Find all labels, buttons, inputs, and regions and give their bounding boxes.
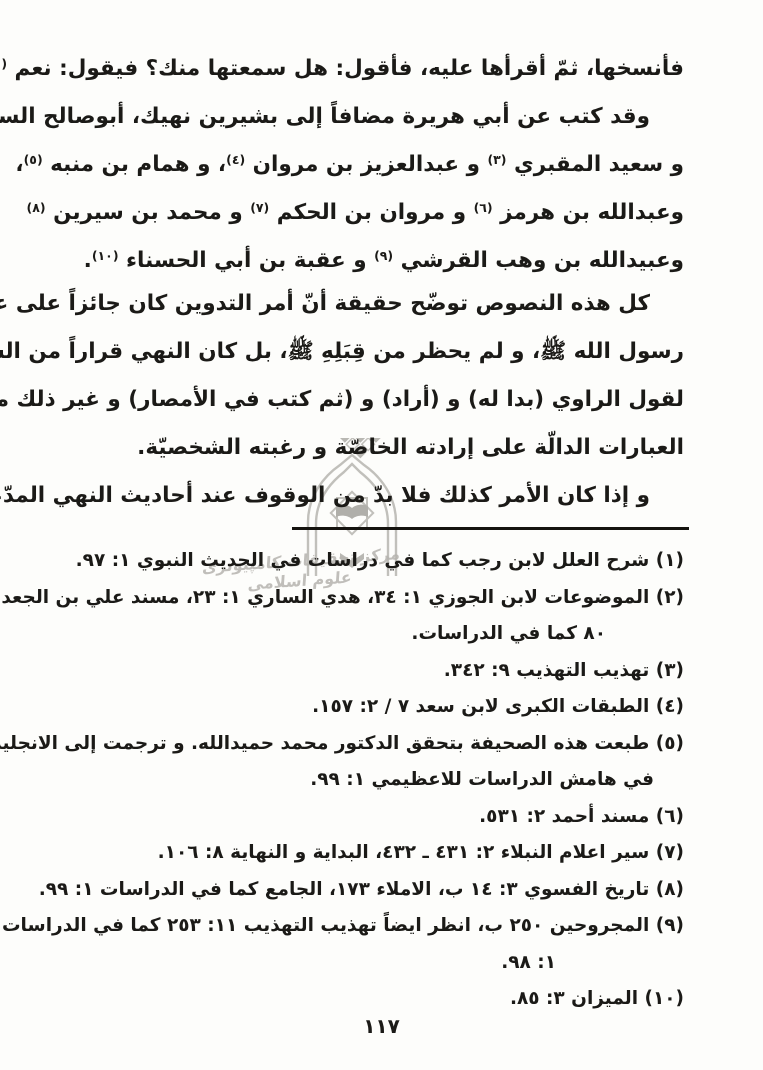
footnote-line: ١: ٩٨. bbox=[79, 945, 684, 982]
footnote-line: (٣) تهذيب التهذيب ٩: ٣٤٢. bbox=[79, 653, 684, 690]
body-line: فأنسخها، ثمّ أقرأها عليه، فأقول: هل سمعت… bbox=[79, 40, 684, 88]
body-line: و إذا كان الأمر كذلك فلا بدّ من الوقوف ع… bbox=[79, 472, 684, 520]
body-line: كل هذه النصوص توضّح حقيقة أنّ أمر التدوي… bbox=[79, 280, 684, 328]
body-line: لقول الراوي (بدا له) و (أراد) و (ثم كتب … bbox=[79, 376, 684, 424]
page-number: ١١٧ bbox=[0, 1014, 763, 1038]
footnote-line: (٢) الموضوعات لابن الجوزي ١: ٣٤، هدي الس… bbox=[79, 580, 684, 617]
book-page: مرکز تحقیقات کامپیوتری علوم اسلامی فأنسخ… bbox=[0, 0, 763, 1070]
footnote-marker: (٦) bbox=[474, 200, 493, 215]
footnote-line: (٤) الطبقات الكبرى لابن سعد ٧ / ٢: ١٥٧. bbox=[79, 689, 684, 726]
footnote-marker: (١٠) bbox=[92, 248, 119, 263]
footnote-line: في هامش الدراسات للاعظيمي ١: ٩٩. bbox=[79, 762, 684, 799]
footnote-line: (٦) مسند أحمد ٢: ٥٣١. bbox=[79, 799, 684, 836]
footnote-marker: (٨) bbox=[27, 200, 46, 215]
body-line: العبارات الدالّة على إرادته الخاصّة و رغ… bbox=[79, 424, 684, 472]
body-line: وعبيدالله بن وهب القرشي (٩) و عقبة بن أب… bbox=[79, 232, 684, 280]
footnote-marker: (٩) bbox=[374, 248, 393, 263]
footnote-marker: (٥) bbox=[24, 152, 43, 167]
body-line: و سعيد المقبري (٣) و عبدالعزيز بن مروان … bbox=[79, 136, 684, 184]
body-line: وعبدالله بن هرمز (٦) و مروان بن الحكم (٧… bbox=[79, 184, 684, 232]
footnote-line: (٩) المجروحين ٢٥٠ ب، انظر ايضاً تهذيب ال… bbox=[79, 908, 684, 945]
footnotes: (١) شرح العلل لابن رجب كما في دراسات في … bbox=[79, 543, 684, 1018]
footnote-line: ٨٠ كما في الدراسات. bbox=[79, 616, 684, 653]
footnote-line: (٨) تاريخ الفسوي ٣: ١٤ ب، الاملاء ١٧٣، ا… bbox=[79, 872, 684, 909]
footnote-line: (١٠) الميزان ٣: ٨٥. bbox=[79, 981, 684, 1018]
footnote-marker: (٧) bbox=[250, 200, 269, 215]
footnote-marker: (٣) bbox=[487, 152, 506, 167]
footnote-marker: (٤) bbox=[226, 152, 245, 167]
footnote-marker: (١) bbox=[0, 56, 7, 71]
body-text: فأنسخها، ثمّ أقرأها عليه، فأقول: هل سمعت… bbox=[79, 40, 684, 520]
footnote-line: (١) شرح العلل لابن رجب كما في دراسات في … bbox=[79, 543, 684, 580]
body-line: وقد كتب عن أبي هريرة مضافاً إلى بشيرين ن… bbox=[79, 88, 684, 136]
footnote-separator bbox=[292, 527, 689, 530]
footnote-line: (٥) طبعت هذه الصحيفة بتحقق الدكتور محمد … bbox=[79, 726, 684, 763]
body-line: رسول الله ﷺ، و لم يحظر من قِبَلِهِ ﷺ، بل… bbox=[79, 328, 684, 376]
footnote-line: (٧) سير اعلام النبلاء ٢: ٤٣١ ـ ٤٣٢، البد… bbox=[79, 835, 684, 872]
